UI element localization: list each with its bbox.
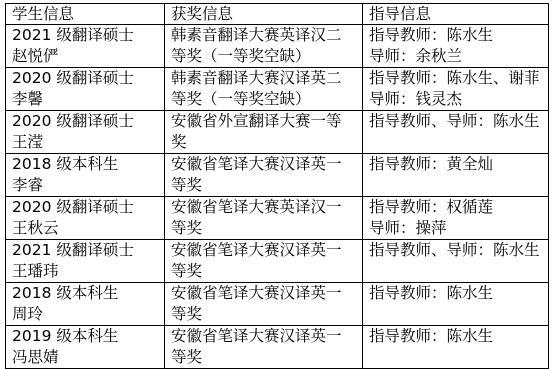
award-line-1: 安徽省笔译大赛汉译英一 — [171, 283, 362, 304]
award-line-2: 等奖 — [171, 218, 362, 239]
award-line-2: 等奖 — [171, 304, 362, 325]
table-row: 2018 级本科生李睿 安徽省笔译大赛汉译英一等奖 指导教师：黄全灿 — [6, 154, 549, 197]
table-row: 2021 级翻译硕士赵悦俨 韩素音翻译大赛英译汉二等奖（一等奖空缺） 指导教师：… — [6, 25, 549, 68]
advisor-line-1: 指导教师：陈水生 — [369, 283, 548, 304]
award-line-2: 等奖 — [171, 175, 362, 196]
award-line-2: 等奖（一等奖空缺） — [171, 89, 362, 110]
student-name: 李馨 — [12, 89, 164, 110]
student-name: 王秋云 — [12, 218, 164, 239]
award-line-2: 等奖 — [171, 347, 362, 366]
award-cell: 安徽省笔译大赛英译汉一等奖 — [165, 197, 363, 240]
advisor-cell: 指导教师、导师：陈水生 — [363, 240, 549, 283]
table-row: 2018 级本科生周玲 安徽省笔译大赛汉译英一等奖 指导教师：陈水生 — [6, 283, 549, 326]
student-name: 赵悦俨 — [12, 46, 164, 67]
award-cell: 安徽省笔译大赛汉译英一等奖 — [165, 240, 363, 283]
award-line-2: 等奖（一等奖空缺） — [171, 46, 362, 67]
student-cell: 2020 级翻译硕士王滢 — [6, 111, 165, 154]
student-class: 2020 级翻译硕士 — [12, 111, 164, 132]
advisor-cell: 指导教师：黄全灿 — [363, 154, 549, 197]
award-table: 学生信息 获奖信息 指导信息 2021 级翻译硕士赵悦俨 韩素音翻译大赛英译汉二… — [5, 3, 549, 366]
student-name: 冯思婧 — [12, 347, 164, 366]
award-cell: 安徽省笔译大赛汉译英一等奖 — [165, 326, 363, 367]
table-row: 2020 级翻译硕士李馨 韩素音翻译大赛汉译英二等奖（一等奖空缺） 指导教师：陈… — [6, 68, 549, 111]
student-class: 2020 级翻译硕士 — [12, 68, 164, 89]
student-class: 2021 级翻译硕士 — [12, 240, 164, 261]
student-class: 2018 级本科生 — [12, 283, 164, 304]
student-cell: 2018 级本科生李睿 — [6, 154, 165, 197]
advisor-line-1: 指导教师：陈水生 — [369, 25, 548, 46]
award-line-1: 韩素音翻译大赛英译汉二 — [171, 25, 362, 46]
advisor-cell: 指导教师：权循莲导师：操萍 — [363, 197, 549, 240]
award-line-1: 安徽省笔译大赛汉译英一 — [171, 240, 362, 261]
student-name: 王璠玮 — [12, 261, 164, 282]
award-cell: 安徽省笔译大赛汉译英一等奖 — [165, 154, 363, 197]
table-row: 2020 级翻译硕士王滢 安徽省外宣翻译大赛一等奖 指导教师、导师：陈水生 — [6, 111, 549, 154]
student-cell: 2020 级翻译硕士王秋云 — [6, 197, 165, 240]
award-cell: 安徽省外宣翻译大赛一等奖 — [165, 111, 363, 154]
award-cell: 安徽省笔译大赛汉译英一等奖 — [165, 283, 363, 326]
award-line-1: 韩素音翻译大赛汉译英二 — [171, 68, 362, 89]
advisor-line-2: 导师：余秋兰 — [369, 46, 548, 67]
advisor-cell: 指导教师：陈水生、谢菲导师：钱灵杰 — [363, 68, 549, 111]
award-line-1: 安徽省笔译大赛汉译英一 — [171, 326, 362, 347]
header-row: 学生信息 获奖信息 指导信息 — [6, 4, 549, 25]
student-class: 2021 级翻译硕士 — [12, 25, 164, 46]
student-class: 2020 级翻译硕士 — [12, 197, 164, 218]
award-line-1: 安徽省笔译大赛英译汉一 — [171, 197, 362, 218]
award-table-container: 学生信息 获奖信息 指导信息 2021 级翻译硕士赵悦俨 韩素音翻译大赛英译汉二… — [5, 3, 549, 366]
header-student-info: 学生信息 — [6, 4, 165, 25]
advisor-line-1: 指导教师、导师：陈水生 — [369, 111, 548, 132]
award-line-2: 等奖 — [171, 261, 362, 282]
student-cell: 2019 级本科生冯思婧 — [6, 326, 165, 367]
advisor-cell: 指导教师：陈水生 — [363, 283, 549, 326]
advisor-line-1: 指导教师：陈水生 — [369, 326, 548, 347]
header-award-info: 获奖信息 — [165, 4, 363, 25]
advisor-cell: 指导教师：陈水生 — [363, 326, 549, 367]
table-row: 2019 级本科生冯思婧 安徽省笔译大赛汉译英一等奖 指导教师：陈水生 — [6, 326, 549, 367]
student-cell: 2021 级翻译硕士赵悦俨 — [6, 25, 165, 68]
header-advisor-info: 指导信息 — [363, 4, 549, 25]
student-cell: 2018 级本科生周玲 — [6, 283, 165, 326]
student-cell: 2021 级翻译硕士王璠玮 — [6, 240, 165, 283]
table-row: 2020 级翻译硕士王秋云 安徽省笔译大赛英译汉一等奖 指导教师：权循莲导师：操… — [6, 197, 549, 240]
award-cell: 韩素音翻译大赛英译汉二等奖（一等奖空缺） — [165, 25, 363, 68]
advisor-cell: 指导教师、导师：陈水生 — [363, 111, 549, 154]
advisor-line-1: 指导教师：黄全灿 — [369, 154, 548, 175]
advisor-line-1: 指导教师、导师：陈水生 — [369, 240, 548, 261]
advisor-line-2: 导师：操萍 — [369, 218, 548, 239]
award-line-2: 奖 — [171, 132, 362, 153]
award-cell: 韩素音翻译大赛汉译英二等奖（一等奖空缺） — [165, 68, 363, 111]
student-name: 李睿 — [12, 175, 164, 196]
advisor-line-2: 导师：钱灵杰 — [369, 89, 548, 110]
table-row: 2021 级翻译硕士王璠玮 安徽省笔译大赛汉译英一等奖 指导教师、导师：陈水生 — [6, 240, 549, 283]
advisor-line-1: 指导教师：权循莲 — [369, 197, 548, 218]
advisor-line-1: 指导教师：陈水生、谢菲 — [369, 68, 548, 89]
student-cell: 2020 级翻译硕士李馨 — [6, 68, 165, 111]
student-class: 2018 级本科生 — [12, 154, 164, 175]
advisor-cell: 指导教师：陈水生导师：余秋兰 — [363, 25, 549, 68]
student-name: 王滢 — [12, 132, 164, 153]
student-name: 周玲 — [12, 304, 164, 325]
student-class: 2019 级本科生 — [12, 326, 164, 347]
award-line-1: 安徽省笔译大赛汉译英一 — [171, 154, 362, 175]
award-line-1: 安徽省外宣翻译大赛一等 — [171, 111, 362, 132]
